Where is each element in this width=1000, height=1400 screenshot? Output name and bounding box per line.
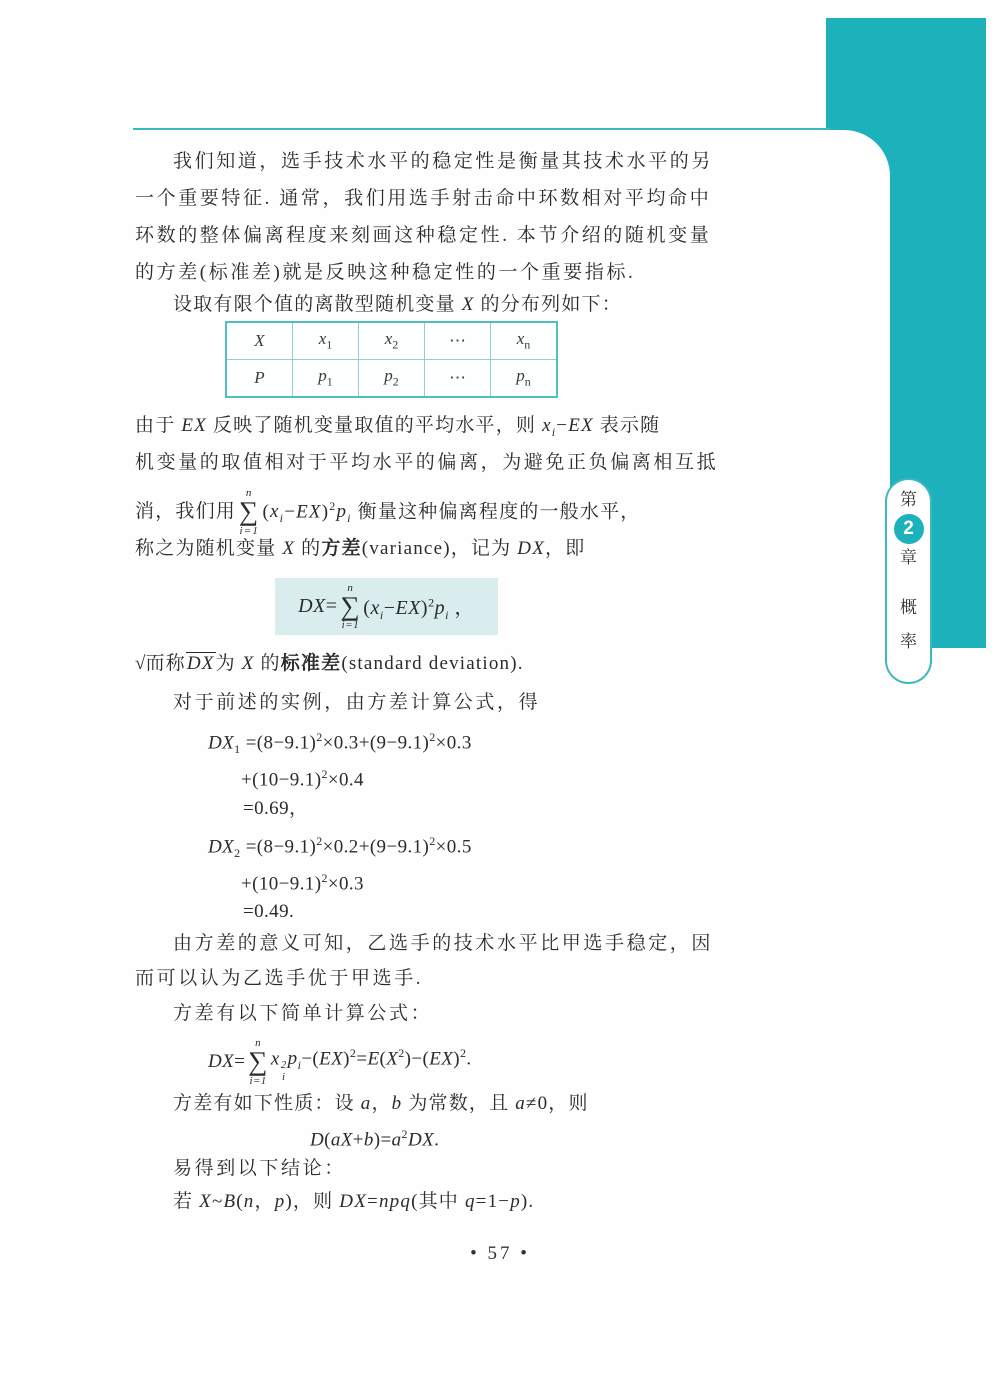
chapter-suffix-char: 章 — [900, 549, 917, 567]
sigma-icon: ∑ — [341, 594, 361, 620]
sum-lower-limit: i=1 — [239, 525, 259, 537]
table-cell: ⋯ — [425, 360, 491, 398]
table-cell: P — [226, 360, 293, 398]
table-cell: x1 — [293, 322, 359, 360]
table-cell: ⋯ — [425, 322, 491, 360]
table-cell: xn — [491, 322, 558, 360]
property-formula: D(aX+b)=a2DX. — [310, 1122, 439, 1152]
equation-dx1-line2: +(10−9.1)2×0.4 — [241, 762, 364, 792]
para2-line3-post: (xi−EX)2pi 衡量这种偏离程度的一般水平， — [262, 494, 640, 530]
equation-dx1-line1: DX1 =(8−9.1)2×0.3+(9−9.1)2×0.3 — [208, 725, 472, 761]
radical-icon: √ — [135, 652, 145, 676]
chapter-title-char-1: 概 — [900, 599, 917, 617]
summation-symbol: n ∑ i=1 — [248, 1037, 268, 1087]
table-row-p: P p1 p2 ⋯ pn — [226, 360, 557, 398]
page-number: • 57 • — [0, 1243, 1000, 1265]
example-lead-line: 对于前述的实例，由方差计算公式，得 — [173, 691, 540, 715]
table-cell: x2 — [359, 322, 425, 360]
intro-line-2: 一个重要特征. 通常，我们用选手射击命中环数相对平均命中 — [135, 187, 711, 211]
table-lead-in-line: 设取有限个值的离散型随机变量 X 的分布列如下： — [173, 293, 622, 317]
chapter-title-char-2: 率 — [900, 633, 917, 651]
equation-dx2-line2: +(10−9.1)2×0.3 — [241, 866, 364, 896]
table-cell: X — [226, 322, 293, 360]
summation-symbol: n ∑ i=1 — [341, 582, 361, 632]
chapter-prefix-char: 第 — [900, 491, 917, 509]
para2-line3-pre: 消，我们用 — [135, 500, 236, 524]
variance-formula-pre: DX= — [298, 595, 337, 618]
intro-line-3: 环数的整体偏离程度来刻画这种稳定性. 本节介绍的随机变量 — [135, 224, 711, 248]
summation-symbol: n ∑ i=1 — [239, 487, 259, 537]
para2-line-1: 由于 EX 反映了随机变量取值的平均水平，则 xi−EX 表示随 — [135, 414, 660, 444]
sum-lower-limit: i=1 — [250, 1075, 267, 1087]
chapter-tab: 第 2 章 概 率 — [885, 478, 932, 684]
sigma-icon: ∑ — [239, 499, 259, 525]
table-cell: pn — [491, 360, 558, 398]
chapter-number: 2 — [903, 518, 914, 540]
conclusion-line: 若 X~B(n，p)，则 DX=npq(其中 q=1−p). — [173, 1190, 534, 1214]
textbook-page: 第 2 章 概 率 我们知道，选手技术水平的稳定性是衡量其技术水平的另 一个重要… — [0, 0, 1000, 1400]
shortcut-formula-pre: DX= — [208, 1050, 245, 1074]
para3-line-2: 而可以认为乙选手优于甲选手. — [135, 967, 423, 991]
formula-lead-line: 方差有以下简单计算公式： — [173, 1002, 432, 1026]
intro-line-4: 的方差(标准差)就是反映这种稳定性的一个重要指标. — [135, 261, 635, 285]
variance-shortcut-formula: DX= n ∑ i=1 x2ipi−(EX)2=E(X2)−(EX)2. — [208, 1032, 472, 1092]
table-cell: p2 — [359, 360, 425, 398]
distribution-table: X x1 x2 ⋯ xn P p1 p2 ⋯ pn — [225, 321, 558, 398]
table-row-x: X x1 x2 ⋯ xn — [226, 322, 557, 360]
standard-deviation-line: √ 而称DX为 X 的标准差(standard deviation). — [135, 652, 524, 676]
equation-dx2-line1: DX2 =(8−9.1)2×0.2+(9−9.1)2×0.5 — [208, 829, 472, 865]
property-line: 方差有如下性质：设 a，b 为常数，且 a≠0，则 — [173, 1092, 589, 1116]
variance-formula-highlight: DX= n ∑ i=1 (xi−EX)2pi ， — [275, 578, 498, 635]
para3-line-1: 由方差的意义可知，乙选手的技术水平比甲选手稳定，因 — [173, 932, 713, 956]
intro-line-1: 我们知道，选手技术水平的稳定性是衡量其技术水平的另 — [173, 150, 713, 174]
main-text-column: 我们知道，选手技术水平的稳定性是衡量其技术水平的另 一个重要特征. 通常，我们用… — [135, 0, 660, 1400]
sigma-icon: ∑ — [248, 1049, 268, 1075]
equation-dx2-result: =0.49. — [243, 900, 294, 924]
conclusion-lead-line: 易得到以下结论： — [173, 1157, 346, 1181]
shortcut-formula-post: x2ipi−(EX)2=E(X2)−(EX)2. — [271, 1041, 472, 1083]
sum-lower-limit: i=1 — [342, 619, 359, 631]
para2-line-4: 称之为随机变量 X 的方差(variance)，记为 DX，即 — [135, 537, 585, 561]
standard-deviation-text: 而称DX为 X 的标准差(standard deviation). — [145, 652, 523, 676]
chapter-number-badge: 2 — [894, 514, 924, 544]
equation-dx1-result: =0.69， — [243, 797, 308, 821]
variance-formula-post: (xi−EX)2pi ， — [363, 591, 475, 623]
para2-line-3: 消，我们用 n ∑ i=1 (xi−EX)2pi 衡量这种偏离程度的一般水平， — [135, 484, 640, 540]
para2-line-2: 机变量的取值相对于平均水平的偏离，为避免正负偏离相互抵 — [135, 451, 718, 475]
table-cell: p1 — [293, 360, 359, 398]
